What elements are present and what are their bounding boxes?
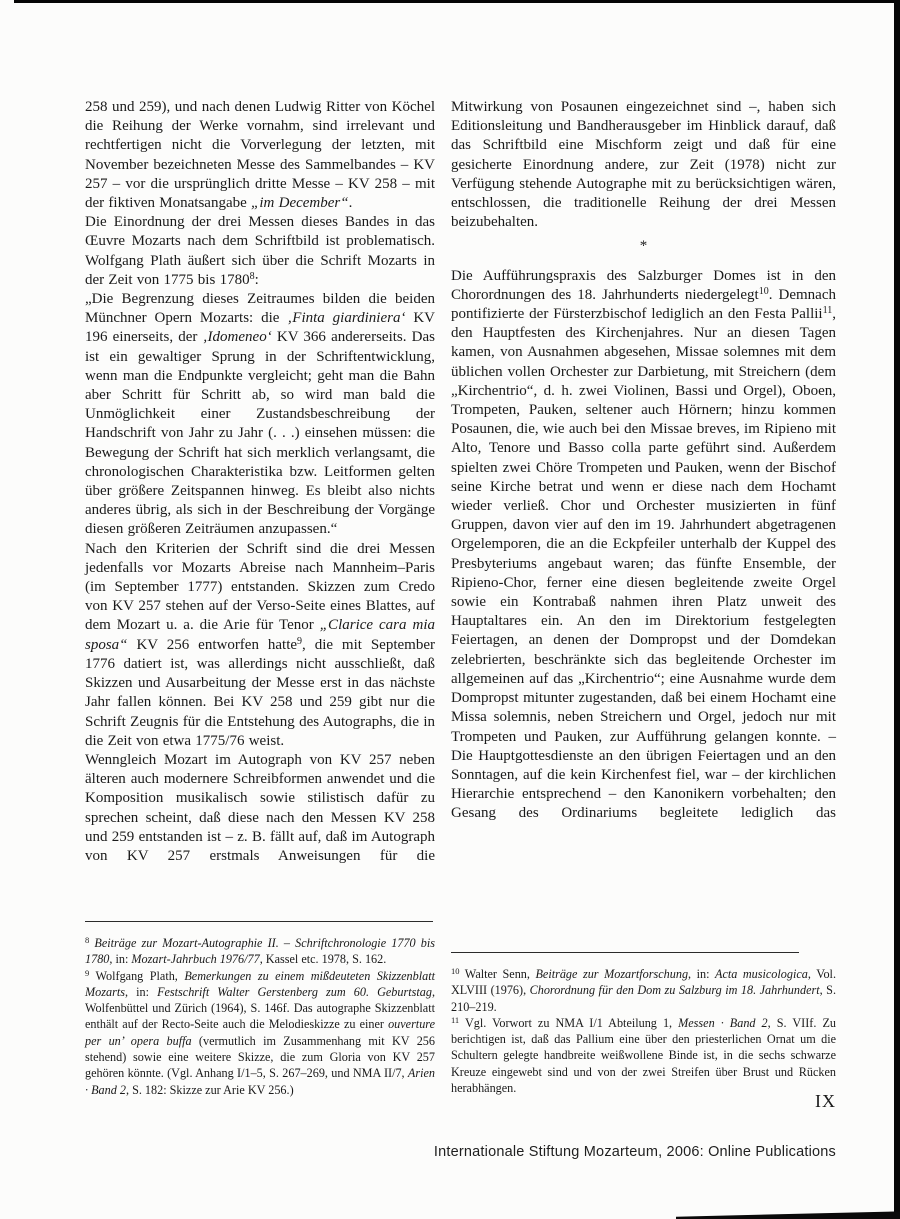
scan-edge-bottom	[676, 1211, 900, 1219]
text-segment: Beiträge zur Mozartforschung	[535, 967, 688, 981]
body-paragraph: Mitwirkung von Posaunen eingezeichnet si…	[451, 98, 836, 232]
text-segment: Messen · Band 2	[678, 1016, 768, 1030]
footnote-rule	[85, 921, 433, 922]
left-column: 258 und 259), und nach denen Ludwig Ritt…	[85, 98, 435, 866]
scanned-page: { "colors": { "paper": "#fcfcfb", "ink":…	[0, 0, 900, 1219]
right-column: Mitwirkung von Posaunen eingezeichnet si…	[451, 98, 836, 824]
text-segment: Chorordnung für den Dom zu Salzburg im 1…	[530, 983, 820, 997]
text-segment: Mitwirkung von Posaunen eingezeichnet si…	[451, 99, 836, 230]
text-segment: „im December“	[251, 195, 349, 211]
body-paragraph: „Die Begrenzung dieses Zeitraumes bilden…	[85, 290, 435, 540]
text-segment: *	[640, 238, 648, 254]
text-segment: , den Hauptfesten des Kirchenjahres. Nur…	[451, 306, 836, 821]
text-segment: Wolfgang Plath,	[89, 969, 184, 983]
text-segment: , in:	[109, 952, 131, 966]
text-segment: , die mit September 1776 datiert ist, wa…	[85, 637, 435, 749]
text-segment: ‚Idomeneo‘	[203, 329, 272, 345]
footnote-rule	[451, 952, 799, 953]
footnote-marker: 8	[85, 935, 89, 945]
text-segment: Walter Senn,	[460, 967, 536, 981]
footnote-marker: 10	[759, 286, 769, 297]
text-segment: .	[349, 195, 353, 211]
footnote-marker: 11	[823, 305, 833, 316]
right-footnotes: 10 Walter Senn, Beiträge zur Mozartforsc…	[451, 952, 836, 1096]
text-segment: Mozart-Jahrbuch 1976/77	[131, 952, 259, 966]
footnote-marker: 9	[297, 636, 302, 647]
footnote-marker: 8	[250, 271, 255, 282]
body-paragraph: Nach den Kriterien der Schrift sind die …	[85, 540, 435, 751]
body-paragraph: Wenngleich Mozart im Autograph von KV 25…	[85, 751, 435, 866]
text-segment: Die Einordnung der drei Messen dieses Ba…	[85, 214, 435, 288]
footnote-marker: 10	[451, 966, 460, 976]
right-footnote-list: 10 Walter Senn, Beiträge zur Mozartforsc…	[451, 966, 836, 1096]
footnote: 11 Vgl. Vorwort zu NMA I/1 Abteilung 1, …	[451, 1015, 836, 1096]
text-segment: KV 366 andererseits. Das ist ein gewalti…	[85, 329, 435, 537]
text-segment: , S. 182: Skizze zur Arie KV 256.)	[126, 1083, 294, 1097]
body-paragraph: 258 und 259), und nach denen Ludwig Ritt…	[85, 98, 435, 213]
text-segment: KV 256 entworfen hatte	[128, 637, 298, 653]
body-paragraph: Die Aufführungspraxis des Salzburger Dom…	[451, 267, 836, 824]
body-paragraph: Die Einordnung der drei Messen dieses Ba…	[85, 213, 435, 290]
left-footnotes: 8 Beiträge zur Mozart-Autographie II. – …	[85, 921, 435, 1098]
footnote: 9 Wolfgang Plath, Bemerkungen zu einem m…	[85, 968, 435, 1098]
page-number: IX	[815, 1091, 836, 1112]
text-segment: Wenngleich Mozart im Autograph von KV 25…	[85, 752, 435, 864]
text-segment: Vgl. Vorwort zu NMA I/1 Abteilung 1,	[459, 1016, 678, 1030]
left-footnote-list: 8 Beiträge zur Mozart-Autographie II. – …	[85, 935, 435, 1098]
footnote: 10 Walter Senn, Beiträge zur Mozartforsc…	[451, 966, 836, 1015]
text-segment: , in:	[125, 985, 157, 999]
footer-credit: Internationale Stiftung Mozarteum, 2006:…	[434, 1144, 836, 1160]
text-segment: :	[255, 272, 259, 288]
text-segment: ‚Finta giardiniera‘	[287, 310, 405, 326]
scan-edge-right	[894, 0, 900, 1219]
text-segment: Acta musicologica	[715, 967, 808, 981]
section-separator: *	[451, 237, 836, 256]
text-segment: , Kassel etc. 1978, S. 162.	[260, 952, 387, 966]
text-segment: Festschrift Walter Gerstenberg zum 60. G…	[157, 985, 432, 999]
text-segment: , in:	[688, 967, 715, 981]
footnote: 8 Beiträge zur Mozart-Autographie II. – …	[85, 935, 435, 968]
footnote-marker: 11	[451, 1015, 459, 1025]
footnote-marker: 9	[85, 968, 89, 978]
scan-edge-top	[14, 0, 900, 3]
